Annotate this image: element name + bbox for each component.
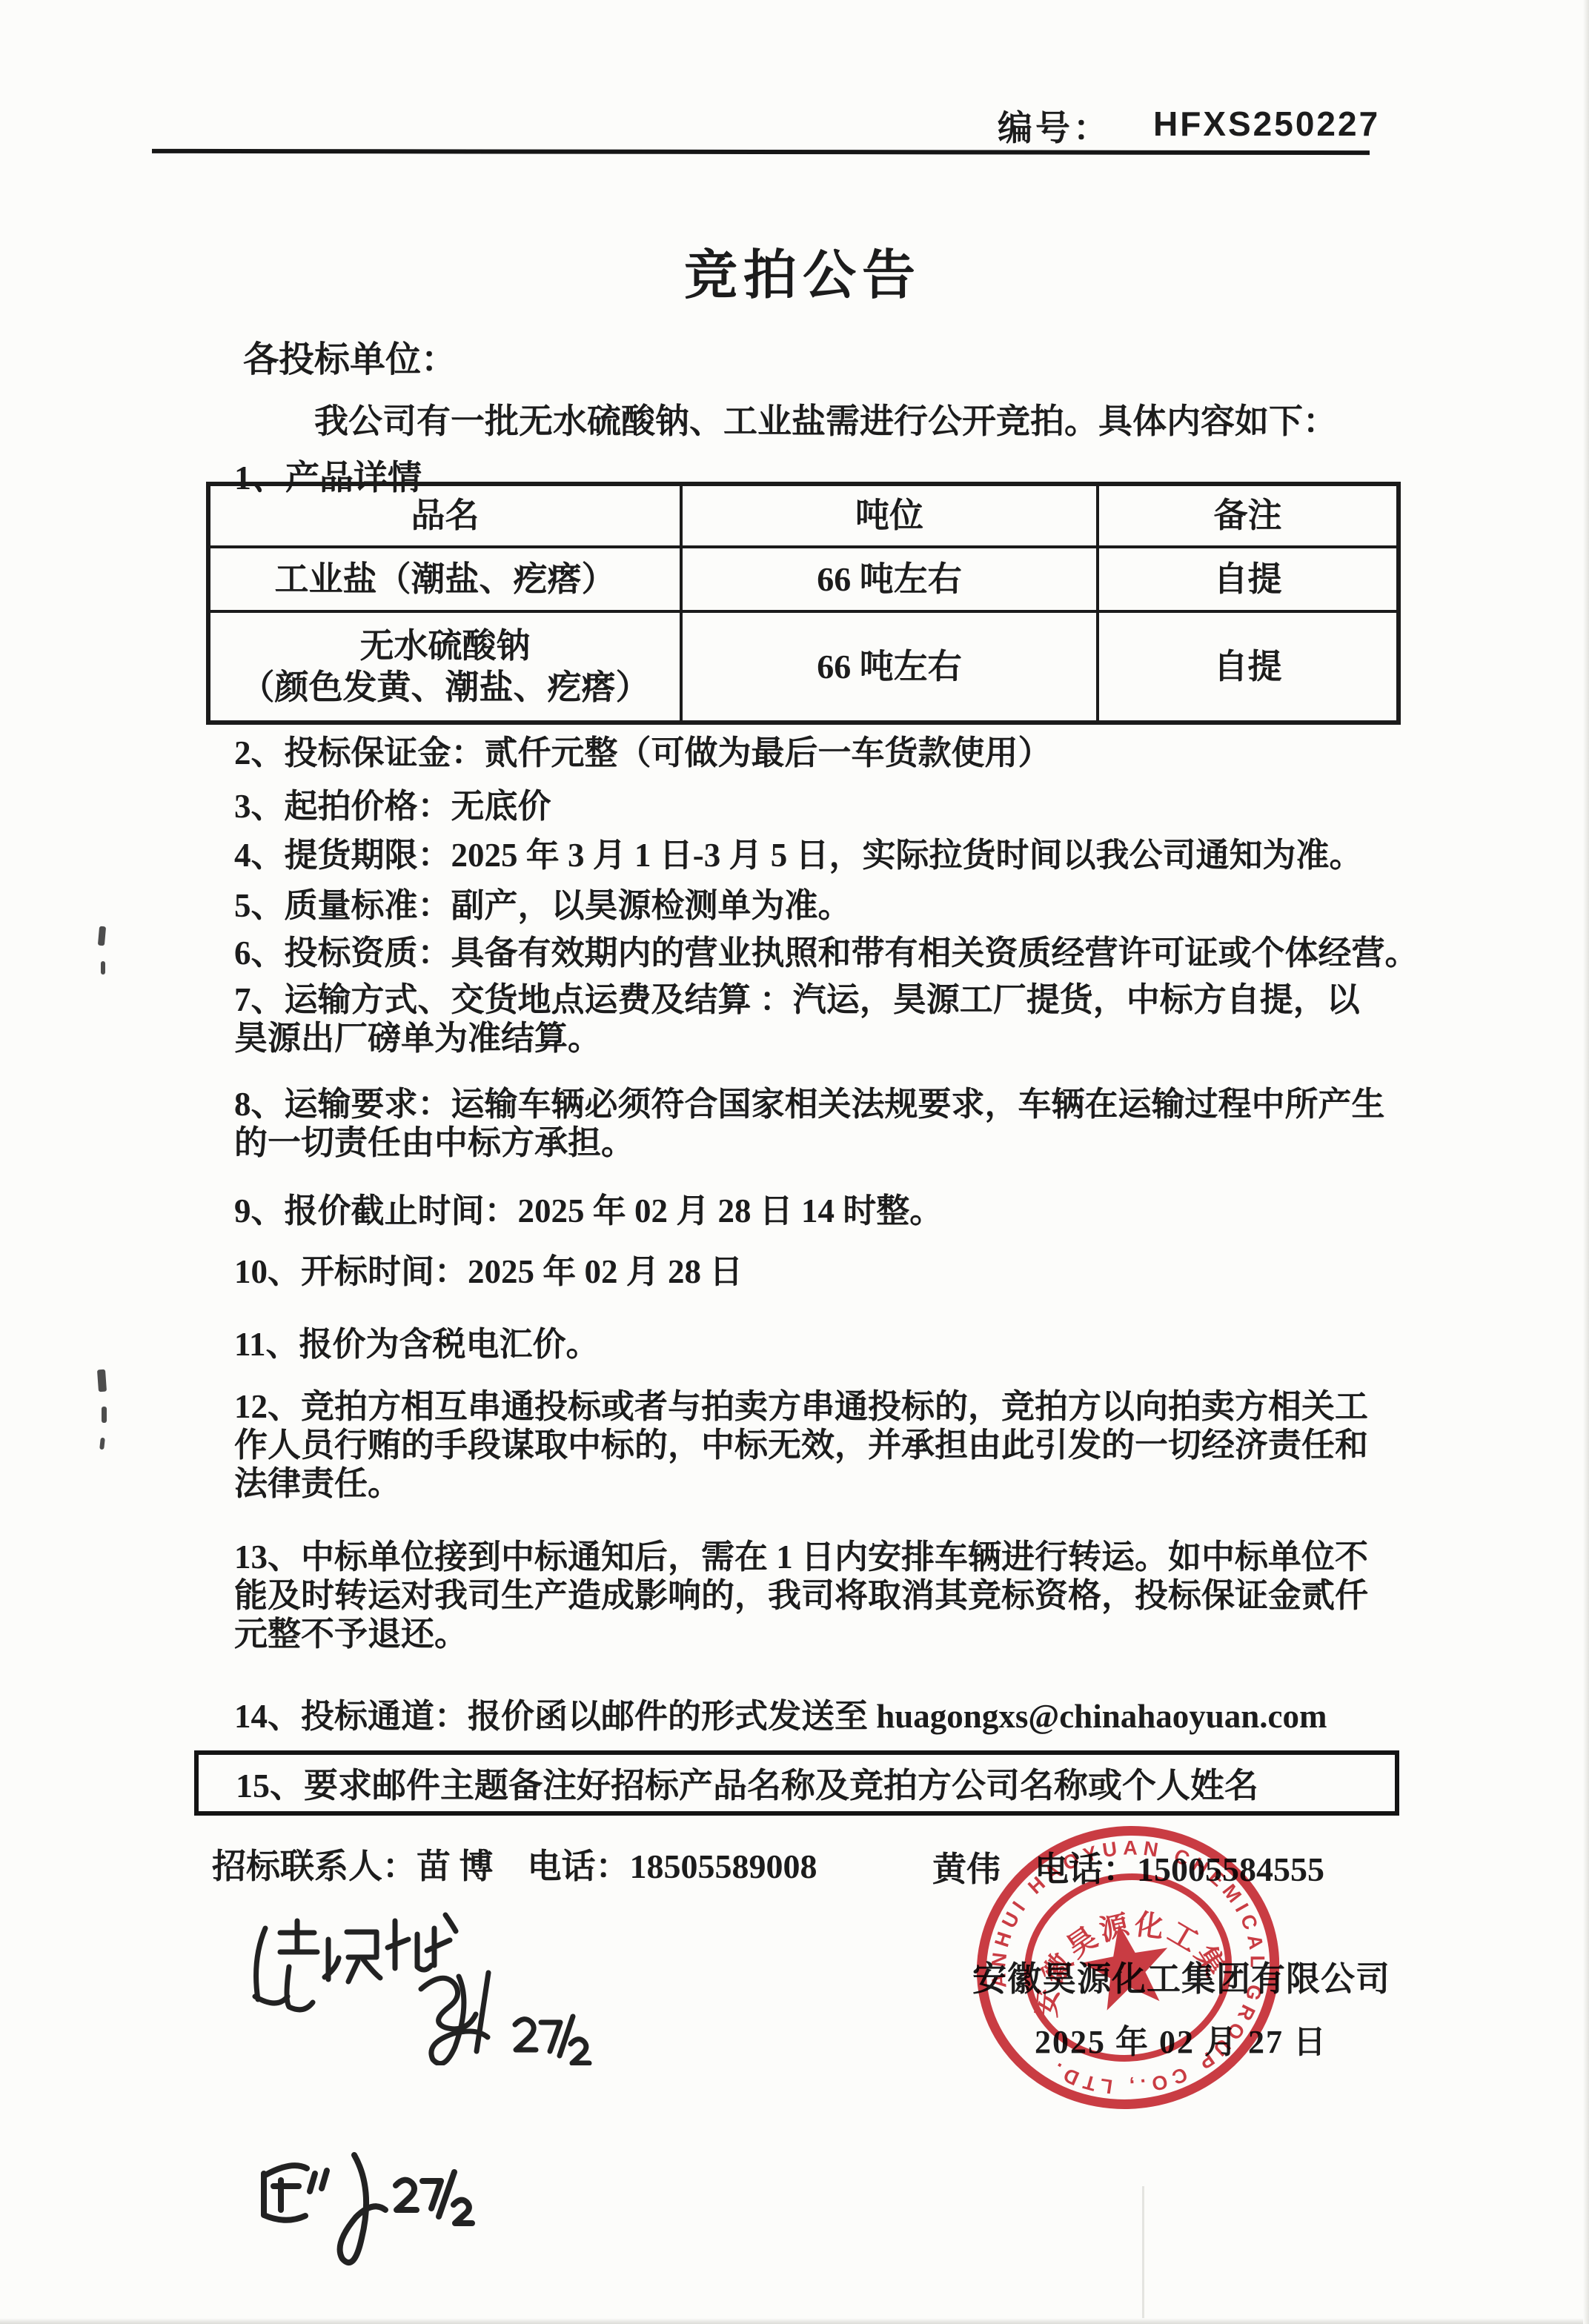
notice-item-7: 7、运输方式、交货地点运费及结算 ：汽运，昊源工厂提货，中标方自提，以昊源出厂磅… bbox=[234, 980, 1360, 1058]
col-header-name: 品名 bbox=[208, 484, 681, 547]
page-edge-shadow-right bbox=[1583, 0, 1589, 2324]
notice-item-line: 11、报价为含税电汇价。 bbox=[234, 1325, 600, 1364]
notice-item-line: 3、起拍价格：无底价 bbox=[234, 787, 551, 826]
notice-item-8: 8、运输要求：运输车辆必须符合国家相关法规要求，车辆在运输过程中所产生的一切责任… bbox=[234, 1085, 1385, 1162]
notice-item-line: 14、投标通道：报价函以邮件的形式发送至 huagongxs@chinahaoy… bbox=[234, 1697, 1327, 1736]
notice-item-3: 3、起拍价格：无底价 bbox=[234, 787, 551, 826]
product-name-line1: 无水硫酸钠 bbox=[210, 625, 680, 667]
handwritten-approval-note bbox=[236, 1906, 606, 2065]
notice-item-line: 元整不予退还。 bbox=[234, 1615, 1368, 1653]
header-rule bbox=[152, 149, 1370, 155]
phone-number-1: 18505589008 bbox=[630, 1847, 817, 1885]
notice-item-line: 2、投标保证金：贰仟元整（可做为最后一车货款使用） bbox=[234, 734, 1052, 772]
notice-item-13: 13、中标单位接到中标通知后，需在 1 日内安排车辆进行转运。如中标单位不能及时… bbox=[234, 1538, 1368, 1653]
contact-line-1: 招标联系人：苗 博 电话：18505589008 bbox=[212, 1839, 817, 1888]
notice-item-9: 9、报价截止时间：2025 年 02 月 28 日 14 时整。 bbox=[234, 1192, 943, 1230]
notice-item-line: 法律责任。 bbox=[234, 1464, 1368, 1503]
scan-smudge bbox=[97, 1369, 107, 1392]
product-name-line2: （颜色发黄、潮盐、疙瘩） bbox=[210, 667, 680, 708]
handwritten-signature bbox=[243, 2144, 480, 2296]
notice-item-line: 10、开标时间：2025 年 02 月 28 日 bbox=[234, 1252, 743, 1291]
table-row: 无水硫酸钠 （颜色发黄、潮盐、疙瘩） 66 吨左右 自提 bbox=[208, 611, 1399, 723]
page-title: 竞拍公告 bbox=[0, 232, 1589, 309]
notice-item-line: 4、提货期限：2025 年 3 月 1 日-3 月 5 日，实际拉货时间以我公司… bbox=[234, 836, 1363, 874]
cell-product-name: 工业盐（潮盐、疙瘩） bbox=[208, 547, 681, 611]
contact-name-1: 苗 博 bbox=[417, 1847, 494, 1885]
paper-crease bbox=[1142, 2186, 1144, 2324]
notice-item-14: 14、投标通道：报价函以邮件的形式发送至 huagongxs@chinahaoy… bbox=[234, 1697, 1327, 1736]
scan-smudge bbox=[101, 961, 105, 975]
notice-item-2: 2、投标保证金：贰仟元整（可做为最后一车货款使用） bbox=[234, 734, 1052, 772]
notice-item-line: 5、质量标准：副产，以昊源检测单为准。 bbox=[234, 886, 852, 925]
scan-smudge bbox=[98, 926, 106, 946]
cell-tonnage: 66 吨左右 bbox=[681, 547, 1098, 611]
scan-smudge bbox=[99, 1438, 105, 1450]
notice-item-4: 4、提货期限：2025 年 3 月 1 日-3 月 5 日，实际拉货时间以我公司… bbox=[234, 836, 1363, 874]
boxed-item-15: 15、要求邮件主题备注好招标产品名称及竞拍方公司名称或个人姓名 bbox=[194, 1750, 1399, 1816]
table-header-row: 品名 吨位 备注 bbox=[208, 484, 1399, 547]
col-header-tonnage: 吨位 bbox=[681, 484, 1098, 547]
boxed-item-15-text: 15、要求邮件主题备注好招标产品名称及竞拍方公司名称或个人姓名 bbox=[236, 1759, 1258, 1807]
notice-item-6: 6、投标资质：具备有效期内的营业执照和带有相关资质经营许可证或个体经营。 bbox=[234, 934, 1419, 972]
scan-smudge bbox=[102, 1407, 107, 1423]
table-row: 工业盐（潮盐、疙瘩） 66 吨左右 自提 bbox=[208, 547, 1399, 611]
notice-item-line: 9、报价截止时间：2025 年 02 月 28 日 14 时整。 bbox=[234, 1192, 943, 1230]
notice-item-line: 的一切责任由中标方承担。 bbox=[234, 1123, 1385, 1162]
notice-item-line: 8、运输要求：运输车辆必须符合国家相关法规要求，车辆在运输过程中所产生 bbox=[234, 1085, 1385, 1123]
notice-item-5: 5、质量标准：副产，以昊源检测单为准。 bbox=[234, 886, 852, 925]
notice-item-line: 作人员行贿的手段谋取中标的，中标无效，并承担由此引发的一切经济责任和 bbox=[234, 1426, 1368, 1464]
scanned-auction-notice-page: 编号： HFXS250227 竞拍公告 各投标单位： 我公司有一批无水硫酸钠、工… bbox=[0, 0, 1589, 2324]
intro-paragraph: 我公司有一批无水硫酸钠、工业盐需进行公开竞拍。具体内容如下： bbox=[314, 394, 1337, 443]
notice-item-12: 12、竞拍方相互串通投标或者与拍卖方串通投标的，竞拍方以向拍卖方相关工作人员行贿… bbox=[234, 1387, 1368, 1503]
cell-product-name: 无水硫酸钠 （颜色发黄、潮盐、疙瘩） bbox=[208, 611, 681, 723]
doc-number-label: 编号： bbox=[998, 101, 1111, 150]
col-header-note: 备注 bbox=[1098, 484, 1399, 547]
company-seal-stamp: ANHUI HAOYUAN CHEMICAL GROUP CO., LTD. 安… bbox=[971, 1822, 1285, 2118]
notice-item-11: 11、报价为含税电汇价。 bbox=[234, 1325, 600, 1364]
notice-item-10: 10、开标时间：2025 年 02 月 28 日 bbox=[234, 1252, 743, 1291]
notice-item-line: 7、运输方式、交货地点运费及结算 ：汽运，昊源工厂提货，中标方自提，以 bbox=[234, 980, 1360, 1019]
notice-item-line: 6、投标资质：具备有效期内的营业执照和带有相关资质经营许可证或个体经营。 bbox=[234, 934, 1419, 972]
doc-number-value: HFXS250227 bbox=[1153, 104, 1380, 144]
notice-item-line: 12、竞拍方相互串通投标或者与拍卖方串通投标的，竞拍方以向拍卖方相关工 bbox=[234, 1387, 1368, 1426]
cell-note: 自提 bbox=[1098, 611, 1399, 723]
phone-label-1: 电话： bbox=[528, 1847, 630, 1885]
notice-item-line: 能及时转运对我司生产造成影响的，我司将取消其竞标资格，投标保证金贰仟 bbox=[234, 1576, 1368, 1615]
product-table: 品名 吨位 备注 工业盐（潮盐、疙瘩） 66 吨左右 自提 无水硫酸钠 （颜色发… bbox=[206, 482, 1401, 725]
salutation: 各投标单位： bbox=[243, 331, 457, 382]
contact-label: 招标联系人： bbox=[212, 1847, 417, 1885]
notice-item-line: 昊源出厂磅单为准结算。 bbox=[234, 1019, 1360, 1058]
notice-item-line: 13、中标单位接到中标通知后，需在 1 日内安排车辆进行转运。如中标单位不 bbox=[234, 1538, 1368, 1576]
cell-note: 自提 bbox=[1098, 547, 1399, 611]
page-edge-shadow-bottom bbox=[0, 2318, 1589, 2324]
cell-tonnage: 66 吨左右 bbox=[681, 611, 1098, 723]
